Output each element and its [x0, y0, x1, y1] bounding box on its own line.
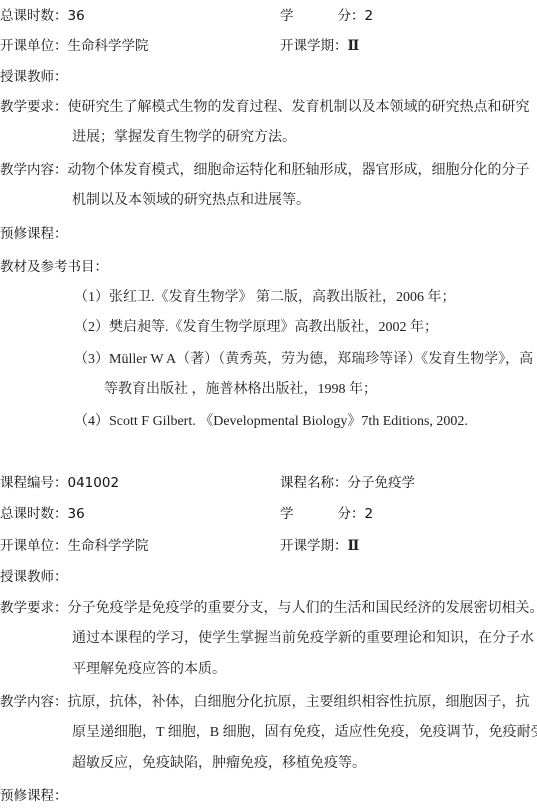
c2-code-value: 041002 — [68, 475, 120, 491]
c1-hours-value: 36 — [68, 8, 85, 24]
c1-books-label: 教材及参考书目： — [0, 259, 108, 275]
c1-term: 开课学期：Ⅱ — [280, 35, 359, 58]
c2-credit-value: 2 — [365, 506, 374, 522]
c2-req-line-3: 平理解免疫应答的本质。 — [72, 659, 226, 681]
c1-prereq-row: 预修课程： — [0, 223, 68, 245]
c2-name: 课程名称：分子免疫学 — [280, 472, 415, 495]
c2-hours-value: 36 — [68, 506, 85, 522]
c2-content-line-1: 抗原，抗体，补体，白细胞分化抗原，主要组织相容性抗原，细胞因子，抗 — [68, 695, 530, 710]
c1-term-value: Ⅱ — [348, 39, 360, 54]
c1-books-row: 教材及参考书目： — [0, 256, 108, 278]
c2-req-line-1: 分子免疫学是免疫学的重要分支，与人们的生活和国民经济的发展密切相关。 — [68, 601, 537, 616]
c1-content-row: 教学内容：动物个体发育模式，细胞命运特化和胚轴形成，器官形成，细胞分化的分子 — [0, 159, 530, 181]
c1-content-line-2: 机制以及本领域的研究热点和进展等。 — [72, 190, 310, 212]
c1-req-label: 教学要求： — [0, 99, 68, 115]
c2-dept-row: 开课单位：生命科学学院 开课学期：Ⅱ — [0, 535, 149, 557]
c2-prereq-label: 预修课程： — [0, 788, 68, 804]
c1-dept-value: 生命科学学院 — [68, 38, 149, 54]
c1-req-line-1: 使研究生了解模式生物的发育过程、发育机制以及本领域的研究热点和研究 — [68, 100, 530, 115]
c1-prereq-label: 预修课程： — [0, 226, 68, 242]
c2-teacher-row: 授课教师： — [0, 566, 68, 588]
c1-teacher-row: 授课教师： — [0, 66, 68, 88]
c2-req-label: 教学要求： — [0, 600, 68, 616]
c2-teacher-label: 授课教师： — [0, 569, 68, 585]
c2-code-label: 课程编号： — [0, 475, 68, 491]
c2-prereq-row: 预修课程： — [0, 785, 68, 807]
c1-credit-value: 2 — [365, 8, 374, 24]
c2-name-value: 分子免疫学 — [348, 475, 416, 491]
c1-req-row: 教学要求：使研究生了解模式生物的发育过程、发育机制以及本领域的研究热点和研究 — [0, 96, 530, 118]
c2-dept-value: 生命科学学院 — [68, 538, 149, 554]
c1-credit: 学分：2 — [280, 5, 373, 28]
c2-term-value: Ⅱ — [348, 539, 360, 554]
c2-content-label: 教学内容： — [0, 694, 68, 710]
c2-hours-label: 总课时数： — [0, 506, 68, 522]
c1-hours-label: 总课时数： — [0, 8, 68, 24]
c2-dept-label: 开课单位： — [0, 538, 68, 554]
c2-content-row: 教学内容：抗原，抗体，补体，白细胞分化抗原，主要组织相容性抗原，细胞因子，抗 — [0, 691, 530, 713]
c1-req-line-2: 进展；掌握发育生物学的研究方法。 — [72, 127, 296, 149]
c2-req-line-2: 通过本课程的学习，使学生掌握当前免疫学新的重要理论和知识，在分子水 — [72, 628, 534, 650]
c2-hours-row: 总课时数：36 学分：2 — [0, 503, 85, 525]
c1-hours-row: 总课时数：36 学分：2 — [0, 5, 85, 27]
c2-content-line-3: 超敏反应，免疫缺陷，肿瘤免疫，移植免疫等。 — [72, 753, 366, 775]
c1-content-label: 教学内容： — [0, 162, 68, 178]
c1-content-line-1: 动物个体发育模式，细胞命运特化和胚轴形成，器官形成，细胞分化的分子 — [68, 163, 530, 178]
c2-req-row: 教学要求：分子免疫学是免疫学的重要分支，与人们的生活和国民经济的发展密切相关。 — [0, 597, 537, 619]
c2-code-row: 课程编号：041002 课程名称：分子免疫学 — [0, 472, 119, 494]
c1-dept-label: 开课单位： — [0, 38, 68, 54]
c1-teacher-label: 授课教师： — [0, 69, 68, 85]
c2-credit: 学分：2 — [280, 503, 373, 526]
c2-term: 开课学期：Ⅱ — [280, 535, 359, 558]
c1-dept-row: 开课单位：生命科学学院 开课学期：Ⅱ — [0, 35, 149, 57]
c2-content-line-2: 原呈递细胞，T 细胞，B 细胞，固有免疫，适应性免疫，免疫调节，免疫耐受， — [72, 722, 537, 744]
